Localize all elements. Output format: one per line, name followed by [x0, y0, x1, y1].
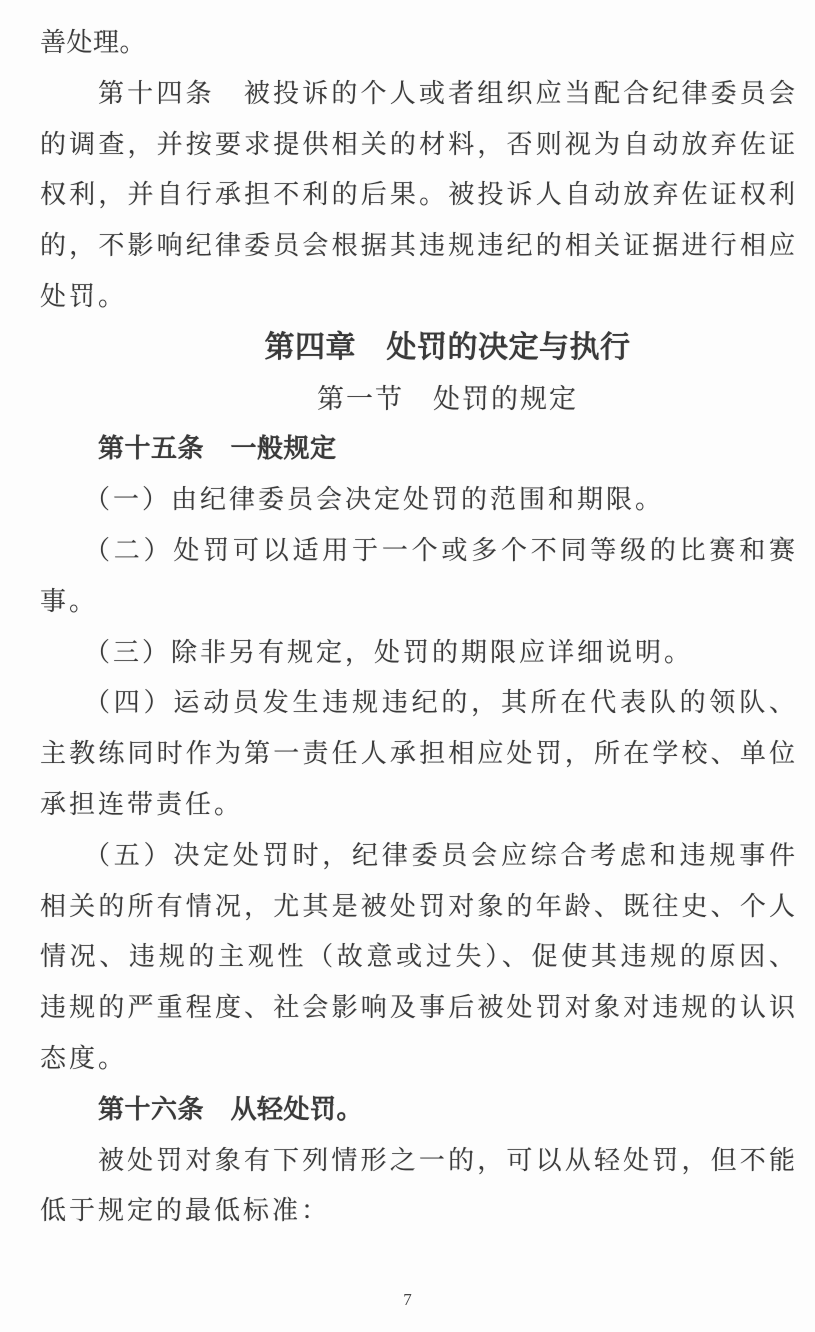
article-15-item-5-line-5: 态度。: [0, 1034, 815, 1085]
chapter-4-heading: 第四章 处罚的决定与执行: [80, 323, 815, 374]
article-16-line-1: 被处罚对象有下列情形之一的，可以从轻处罚，但不能: [0, 1136, 815, 1187]
article-16-heading: 第十六条 从轻处罚。: [0, 1085, 815, 1136]
paragraph-tail-line: 善处理。: [0, 18, 815, 69]
article-15-item-5-line-3: 情况、违规的主观性（故意或过失）、促使其违规的原因、: [0, 932, 815, 983]
document-page: 善处理。 第十四条 被投诉的个人或者组织应当配合纪律委员会 的调查，并按要求提供…: [0, 0, 815, 1332]
article-15-item-1: （一）由纪律委员会决定处罚的范围和期限。: [0, 475, 815, 526]
article-15-item-5-line-1: （五）决定处罚时，纪律委员会应综合考虑和违规事件: [0, 831, 815, 882]
article-15-item-4-line-1: （四）运动员发生违规违纪的，其所在代表队的领队、: [0, 678, 815, 729]
article-15-item-2-line-1: （二）处罚可以适用于一个或多个不同等级的比赛和赛: [0, 526, 815, 577]
article-14-line-5: 处罚。: [0, 272, 815, 323]
article-14-line-2: 的调查，并按要求提供相关的材料，否则视为自动放弃佐证: [0, 120, 815, 171]
article-14-line-4: 的，不影响纪律委员会根据其违规违纪的相关证据进行相应: [0, 221, 815, 272]
article-15-heading: 第十五条 一般规定: [0, 424, 815, 475]
article-15-item-4-line-2: 主教练同时作为第一责任人承担相应处罚，所在学校、单位: [0, 729, 815, 780]
document-body: 善处理。 第十四条 被投诉的个人或者组织应当配合纪律委员会 的调查，并按要求提供…: [0, 18, 815, 1237]
article-14-line-3: 权利，并自行承担不利的后果。被投诉人自动放弃佐证权利: [0, 170, 815, 221]
article-15-item-4-line-3: 承担连带责任。: [0, 780, 815, 831]
section-1-heading: 第一节 处罚的规定: [80, 374, 815, 425]
article-15-item-2-line-2: 事。: [0, 577, 815, 628]
article-15-item-3: （三）除非另有规定，处罚的期限应详细说明。: [0, 628, 815, 679]
page-number: 7: [0, 1288, 815, 1312]
article-16-line-2: 低于规定的最低标准：: [0, 1186, 815, 1237]
article-15-item-5-line-2: 相关的所有情况，尤其是被处罚对象的年龄、既往史、个人: [0, 882, 815, 933]
article-14-line-1: 第十四条 被投诉的个人或者组织应当配合纪律委员会: [0, 69, 815, 120]
article-15-item-5-line-4: 违规的严重程度、社会影响及事后被处罚对象对违规的认识: [0, 983, 815, 1034]
